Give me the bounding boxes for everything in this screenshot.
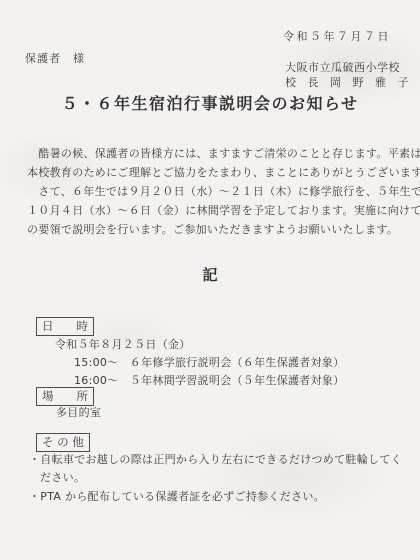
meeting-slot-grade6: 15:00～ ６年修学旅行説明会（６年生保護者対象）	[74, 354, 345, 370]
other-note-bicycle-line1: ・自転車でお越しの際は正門から入り左右にできるだけつめて駐輪してく	[29, 451, 402, 467]
greeting-paragraph-line: さて、６年生では９月２０日（水）～２１日（木）に修学旅行を、５年生では	[27, 183, 407, 199]
scanned-notice-document: 令和５年７月７日 保護者 様 大阪市立瓜破西小学校 校 長 岡 野 雅 子 ５・…	[0, 0, 420, 560]
datetime-section-label-box: 日 時	[36, 315, 94, 334]
document-title: ５・６年生宿泊行事説明会のお知らせ	[0, 91, 420, 114]
other-note-bicycle-line2: ださい。	[40, 469, 85, 485]
datetime-section-label: 日 時	[36, 317, 94, 336]
school-name: 大阪市立瓜破西小学校	[285, 59, 400, 75]
other-note-pta: ・PTA から配布している保護者証を必ずご持参ください。	[29, 488, 325, 504]
greeting-paragraph-line: の要領で説明会を行います。ご参加いただきますようお願いいたします。	[27, 221, 407, 237]
greeting-paragraph-line: １０月４日（水）～６日（金）に林間学習を予定しております。実施に向けて、下記	[27, 202, 407, 218]
greeting-paragraph-line: 本校教育のためにご理解とご協力をたまわり、まことにありがとうございます。	[27, 164, 407, 180]
other-section-label-box: そ の 他	[36, 431, 90, 450]
recipient-line: 保護者 様	[25, 50, 85, 66]
principal-name: 校 長 岡 野 雅 子	[285, 74, 412, 90]
place-value: 多目的室	[56, 404, 101, 420]
meeting-slot-grade5: 16:00～ ５年林間学習説明会（５年生保護者対象）	[74, 372, 345, 388]
place-section-label-box: 場 所	[36, 385, 94, 404]
other-section-label: そ の 他	[36, 433, 90, 452]
meeting-date: 令和５年８月２５日（金）	[55, 336, 191, 352]
issue-date: 令和５年７月７日	[283, 28, 391, 44]
greeting-paragraph-line: 酷暑の候、保護者の皆様方には、ますますご清栄のことと存じます。平素は、	[27, 145, 407, 161]
record-mark: 記	[0, 264, 420, 285]
